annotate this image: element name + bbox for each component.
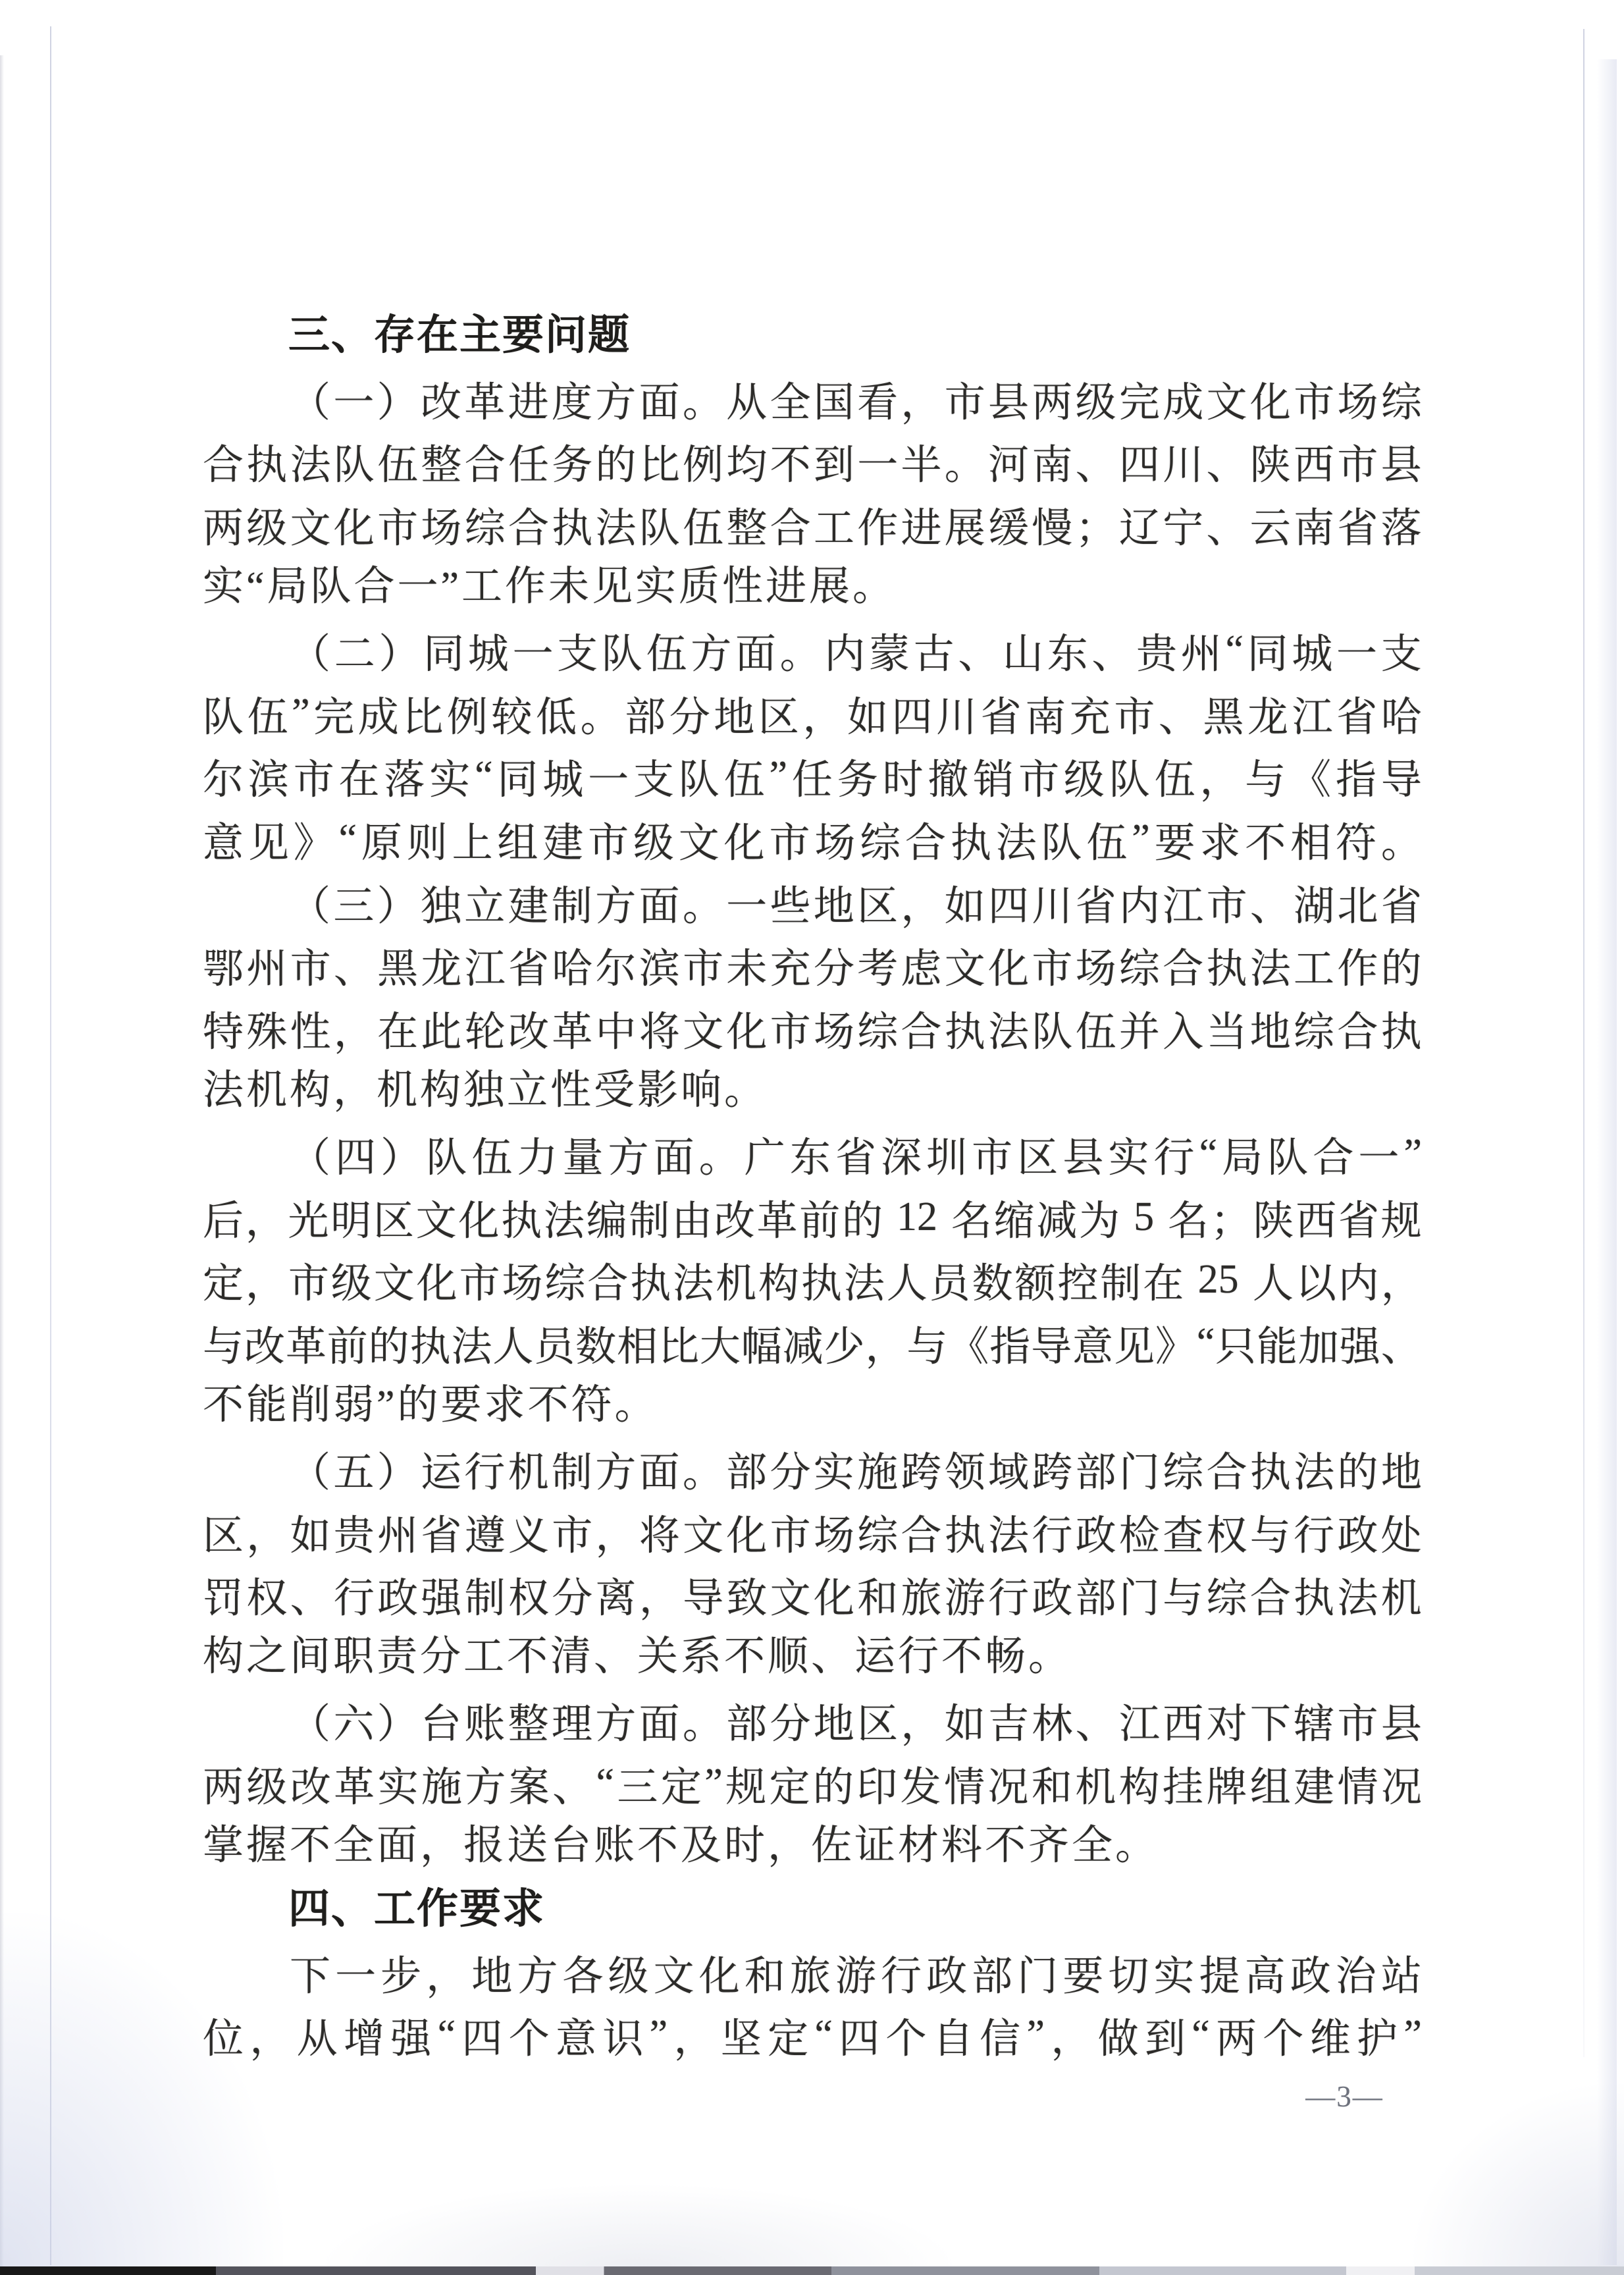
text-line-25: 掌握不全面，报送台账不及时，佐证材料不齐全。 xyxy=(203,1815,1422,1878)
text-line-22: 构之间职责分工不清、关系不顺、运行不畅。 xyxy=(203,1626,1422,1689)
text-line-24: 两级改革实施方案、“三定”规定的印发情况和机构挂牌组建情况 xyxy=(203,1752,1422,1815)
scan-artifact-bottom-shade xyxy=(316,2183,961,2268)
text-line-9: 意见》“原则上组建市级文化市场综合执法队伍”要求不相符。 xyxy=(203,808,1422,871)
text-line-11: 鄂州市、黑龙江省哈尔滨市未充分考虑文化市场综合执法工作的 xyxy=(203,934,1422,997)
text-line-4: 两级文化市场综合执法队伍整合工作进展缓慢；辽宁、云南省落 xyxy=(203,493,1422,556)
text-line-13: 法机构，机构独立性受影响。 xyxy=(203,1059,1422,1123)
scanned-document-page: { "page": { "number_label": "—3—" }, "do… xyxy=(0,0,1624,2275)
text-line-8: 尔滨市在落实“同城一支队伍”任务时撤销市级队伍，与《指导 xyxy=(203,745,1422,808)
text-line-23: （六）台账整理方面。部分地区，如吉林、江西对下辖市县 xyxy=(203,1689,1422,1752)
scan-artifact-right-band xyxy=(1597,59,1617,2265)
text-line-10: （三）独立建制方面。一些地区，如四川省内江市、湖北省 xyxy=(203,870,1422,934)
text-line-20: 区，如贵州省遵义市，将文化市场综合执法行政检查权与行政处 xyxy=(203,1500,1422,1563)
text-line-6: （二）同城一支队伍方面。内蒙古、山东、贵州“同城一支 xyxy=(203,619,1422,682)
text-line-16: 定，市级文化市场综合执法机构执法人员数额控制在 25 人以内， xyxy=(203,1248,1422,1312)
text-line-26: 四、工作要求 xyxy=(203,1878,1422,1941)
page-number: —3— xyxy=(1287,2073,1402,2120)
text-line-1: 三、存在主要问题 xyxy=(203,304,1422,367)
document-text-block: 三、存在主要问题（一）改革进度方面。从全国看，市县两级完成文化市场综合执法队伍整… xyxy=(203,304,1422,2067)
text-line-12: 特殊性，在此轮改革中将文化市场综合执法队伍并入当地综合执 xyxy=(203,997,1422,1060)
text-line-28: 位，从增强“四个意识”，坚定“四个自信”，做到“两个维护” xyxy=(203,2004,1422,2067)
text-line-2: （一）改革进度方面。从全国看，市县两级完成文化市场综 xyxy=(203,367,1422,431)
text-line-18: 不能削弱”的要求不符。 xyxy=(203,1374,1422,1437)
text-line-19: （五）运行机制方面。部分实施跨领域跨部门综合执法的地 xyxy=(203,1437,1422,1501)
scan-artifact-bottom-edge xyxy=(0,2266,1624,2275)
text-line-17: 与改革前的执法人员数相比大幅减少，与《指导意见》“只能加强、 xyxy=(203,1312,1422,1375)
scan-artifact-bottom-right-shadow xyxy=(1413,2084,1624,2268)
text-line-15: 后，光明区文化执法编制由改革前的 12 名缩减为 5 名；陕西省规 xyxy=(203,1185,1422,1248)
text-line-5: 实“局队合一”工作未见实质性进展。 xyxy=(203,556,1422,619)
scan-artifact-right-line xyxy=(1583,29,1585,2057)
text-line-7: 队伍”完成比例较低。部分地区，如四川省南充市、黑龙江省哈 xyxy=(203,682,1422,745)
text-line-3: 合执法队伍整合任务的比例均不到一半。河南、四川、陕西市县 xyxy=(203,430,1422,493)
text-line-14: （四）队伍力量方面。广东省深圳市区县实行“局队合一” xyxy=(203,1123,1422,1186)
text-line-27: 下一步，地方各级文化和旅游行政部门要切实提高政治站 xyxy=(203,1940,1422,2004)
text-line-21: 罚权、行政强制权分离，导致文化和旅游行政部门与综合执法机 xyxy=(203,1563,1422,1626)
